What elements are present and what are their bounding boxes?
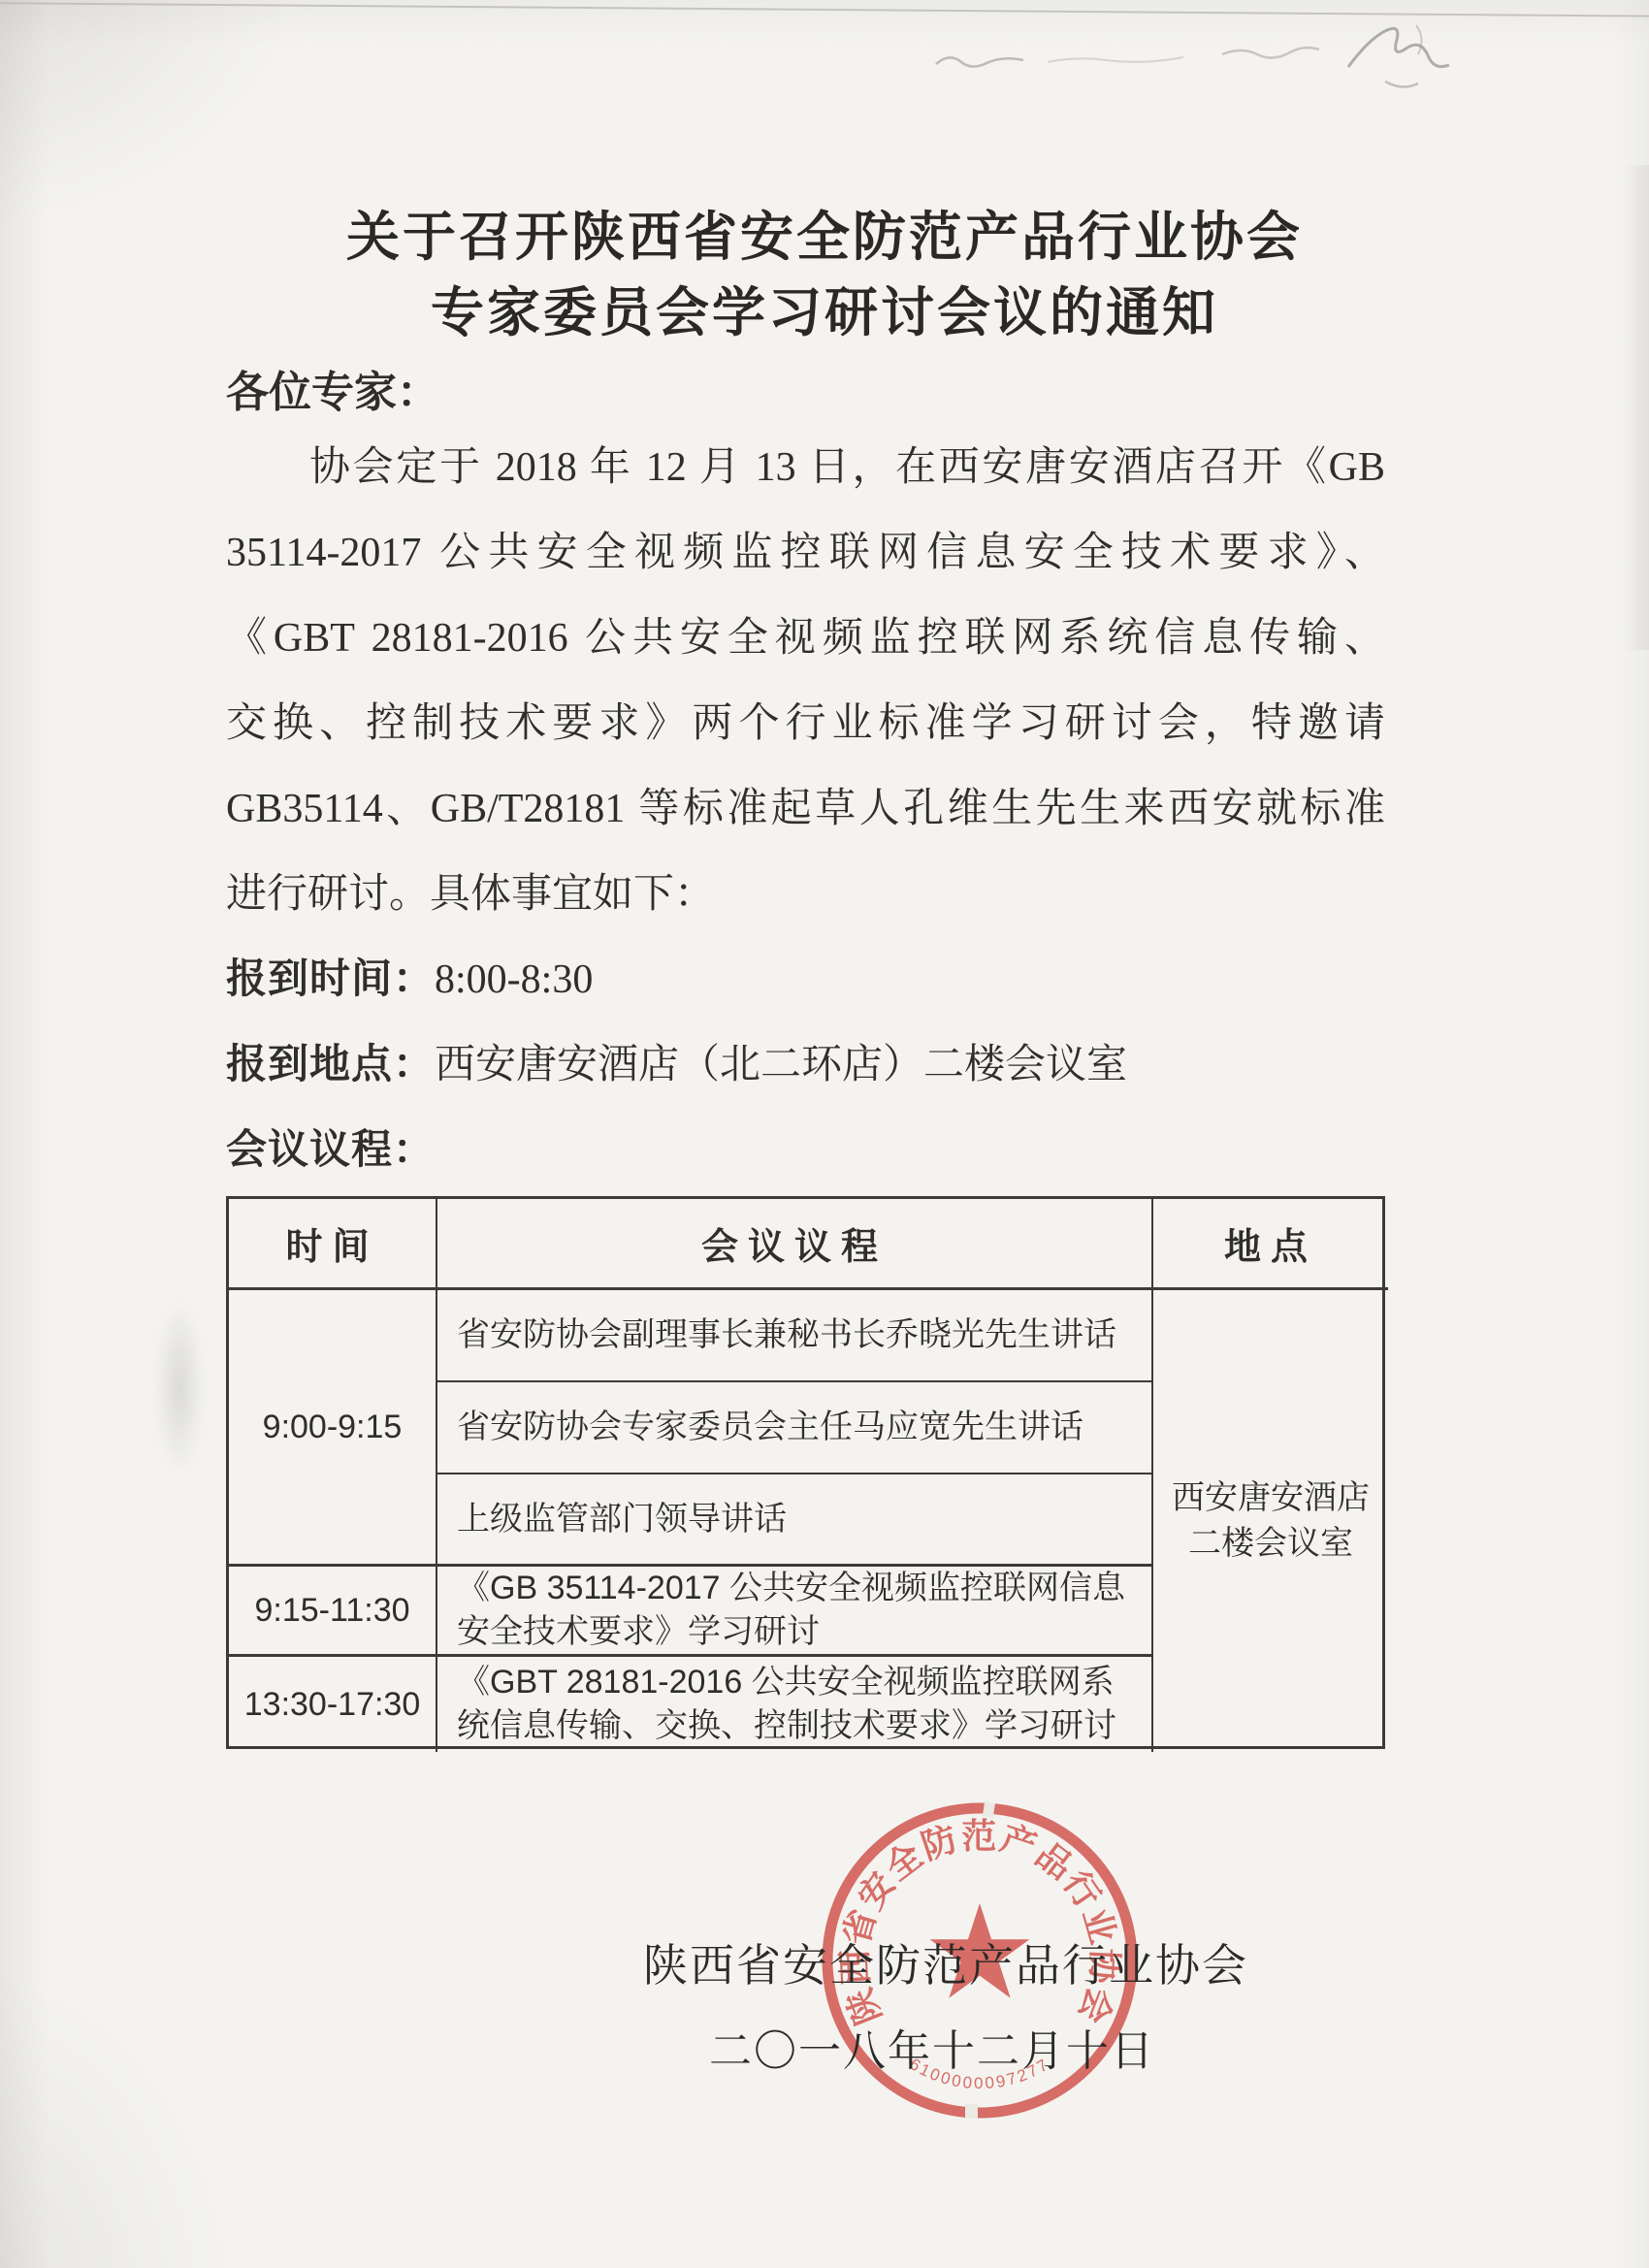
scanned-notice-page: 关于召开陕西省安全防范产品行业协会 专家委员会学习研讨会议的通知 各位专家： 协… bbox=[0, 0, 1649, 2268]
table-header-place: 地点 bbox=[1153, 1199, 1388, 1290]
agenda-table: 时间 会议议程 地点 9:00-9:15 省安防协会副理事长兼秘书长乔晓光先生讲… bbox=[226, 1196, 1385, 1749]
seal-ring-notch bbox=[983, 1801, 995, 1818]
table-agenda-row2: 省安防协会专家委员会主任马应宽先生讲话 bbox=[437, 1382, 1153, 1474]
agenda-section-label: 会议议程： bbox=[226, 1128, 435, 1173]
salutation: 各位专家： bbox=[226, 357, 439, 419]
signature-organization: 陕西省安全防范产品行业协会 bbox=[643, 1930, 1248, 1994]
scan-scribble-marks bbox=[931, 14, 1513, 130]
table-time-row4: 9:15-11:30 bbox=[229, 1567, 437, 1657]
table-time-group1: 9:00-9:15 bbox=[229, 1290, 437, 1567]
paragraph-line: 协会定于 2018 年 12 月 13 日，在西安唐安酒店召开《GB bbox=[226, 435, 1385, 493]
table-time-row5: 13:30-17:30 bbox=[229, 1657, 437, 1752]
seal-ring-notch bbox=[965, 2104, 978, 2119]
table-location-cell: 西安唐安酒店 二楼会议室 bbox=[1153, 1290, 1388, 1752]
registration-time-value: 8:00-8:30 bbox=[435, 957, 593, 1002]
table-agenda-row5: 《GBT 28181-2016 公共安全视频监控联网系统信息传输、交换、控制技术… bbox=[437, 1657, 1153, 1752]
table-agenda-row1: 省安防协会副理事长兼秘书长乔晓光先生讲话 bbox=[437, 1290, 1153, 1382]
paragraph-line: 35114-2017 公共安全视频监控联网信息安全技术要求》、 bbox=[226, 520, 1385, 578]
registration-place-line: 报到地点：西安唐安酒店（北二环店）二楼会议室 bbox=[226, 1032, 1127, 1090]
paragraph-line: 进行研讨。具体事宜如下： bbox=[226, 861, 1385, 920]
registration-place-value: 西安唐安酒店（北二环店）二楼会议室 bbox=[435, 1043, 1127, 1087]
paragraph-line: 交换、控制技术要求》两个行业标准学习研讨会，特邀请 bbox=[226, 691, 1385, 749]
table-agenda-row4: 《GB 35114-2017 公共安全视频监控联网信息安全技术要求》学习研讨 bbox=[437, 1567, 1153, 1657]
scan-smudge bbox=[155, 1300, 204, 1474]
page-title-line1: 关于召开陕西省安全防范产品行业协会 bbox=[0, 194, 1649, 271]
table-location-line1: 西安唐安酒店 bbox=[1172, 1475, 1370, 1521]
signature-date: 二〇一八年十二月十日 bbox=[709, 2016, 1155, 2078]
page-title-line2: 专家委员会学习研讨会议的通知 bbox=[0, 270, 1649, 346]
registration-place-label: 报到地点： bbox=[226, 1043, 435, 1087]
registration-time-label: 报到时间： bbox=[226, 957, 435, 1002]
table-header-time: 时间 bbox=[229, 1199, 437, 1290]
table-agenda-row3: 上级监管部门领导讲话 bbox=[437, 1474, 1153, 1567]
paragraph-line: 《GBT 28181-2016 公共安全视频监控联网系统信息传输、 bbox=[226, 605, 1385, 664]
table-header-agenda: 会议议程 bbox=[437, 1199, 1153, 1290]
table-location-line2: 二楼会议室 bbox=[1188, 1521, 1353, 1567]
agenda-section-line: 会议议程： bbox=[226, 1118, 435, 1176]
registration-time-line: 报到时间：8:00-8:30 bbox=[226, 947, 593, 1005]
paragraph-line: GB35114、GB/T28181 等标准起草人孔维生先生来西安就标准 bbox=[226, 776, 1385, 834]
